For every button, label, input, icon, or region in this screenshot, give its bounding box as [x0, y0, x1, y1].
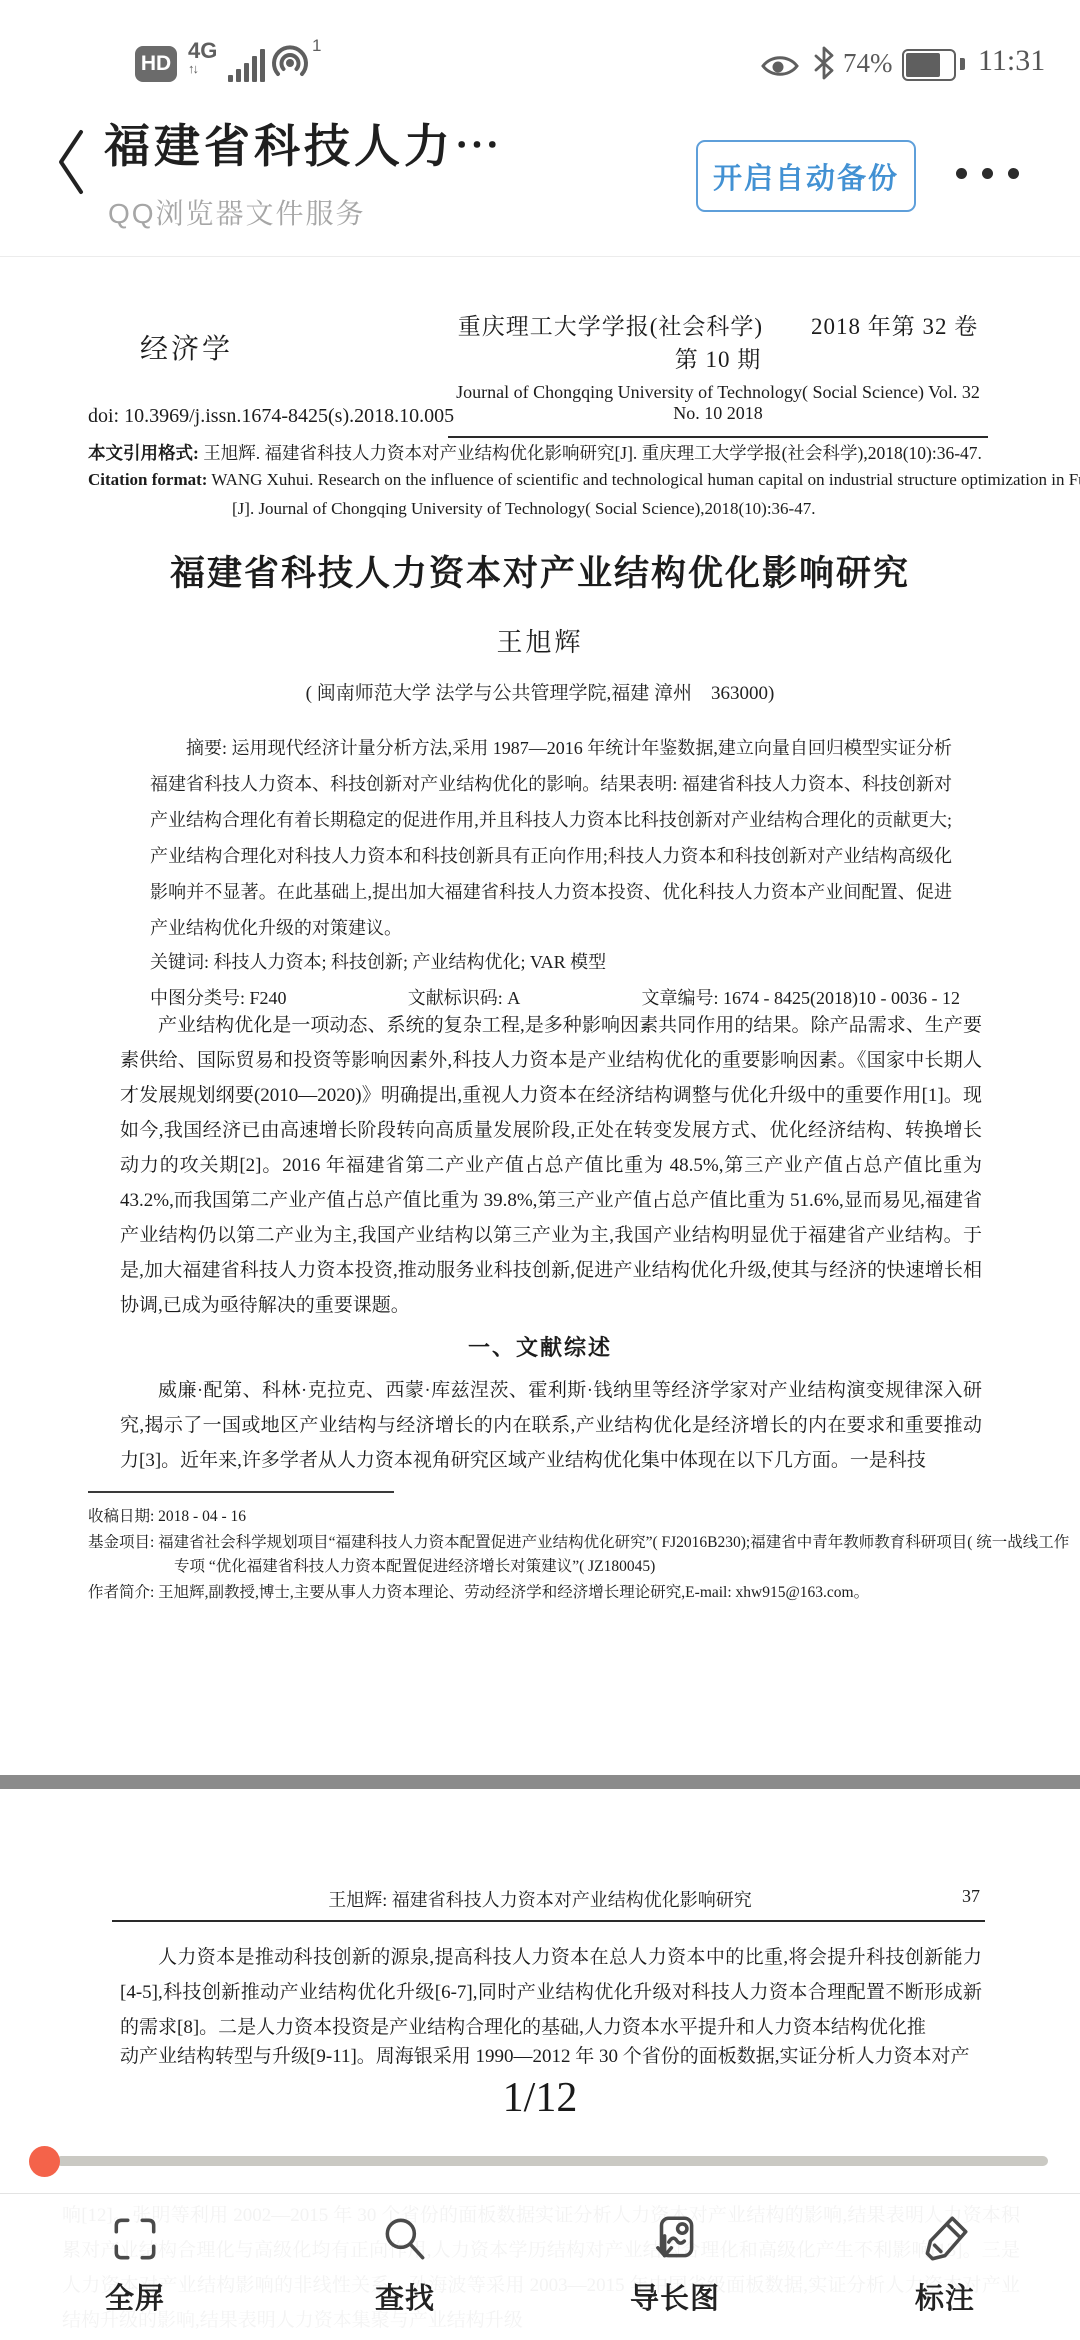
- footnote-author-bio: 作者简介: 王旭辉,副教授,博士,主要从事人力资本理论、劳动经济学和经济增长理论…: [88, 1581, 988, 1605]
- page-indicator: 1/12: [0, 2066, 1080, 2130]
- citation-en-line2: [J]. Journal of Chongqing University of …: [232, 499, 932, 519]
- citation-cn-text: 王旭辉. 福建省科技人力资本对产业结构优化影响研究[J]. 重庆理工大学学报(社…: [203, 443, 982, 463]
- running-head-rule: [112, 1920, 985, 1922]
- journal-name-cn: 重庆理工大学学报(社会科学) 2018 年第 32 卷第 10 期: [448, 308, 988, 374]
- clc-number: 中图分类号: F240: [150, 984, 287, 1010]
- hotspot-icon: [268, 42, 312, 86]
- export-long-image-label: 导长图: [630, 2276, 720, 2317]
- page2-paragraph: 人力资本是推动科技创新的源泉,提高科技人力资本在总人力资本中的比重,将会提升科技…: [120, 1940, 982, 2045]
- footnote-received-date: 收稿日期: 2018 - 04 - 16: [88, 1505, 988, 1529]
- app-header: 福建省科技人力⋯ QQ浏览器文件服务 开启自动备份: [0, 96, 1080, 257]
- article-title: 福建省科技人力资本对产业结构优化影响研究: [0, 546, 1080, 596]
- citation-en-text: WANG Xuhui. Research on the influence of…: [211, 470, 1080, 489]
- article-abstract: 摘要: 运用现代经济计量分析方法,采用 1987—2016 年统计年鉴数据,建立…: [150, 730, 952, 946]
- journal-category: 经济学: [140, 327, 233, 367]
- article-number: 文章编号: 1674 - 8425(2018)10 - 0036 - 12: [642, 984, 960, 1010]
- progress-slider-handle[interactable]: [29, 2146, 60, 2177]
- file-source-label: QQ浏览器文件服务: [108, 192, 366, 232]
- file-title: 福建省科技人力⋯: [104, 110, 504, 176]
- fullscreen-icon: [108, 2212, 162, 2266]
- footnote-rule: [88, 1491, 394, 1493]
- citation-cn-label: 本文引用格式:: [88, 443, 199, 463]
- enable-auto-backup-button[interactable]: 开启自动备份: [696, 140, 916, 212]
- status-bar: HD 4G ↑↓ 1 74%: [0, 0, 1080, 96]
- export-long-image-button[interactable]: 导长图: [540, 2194, 810, 2340]
- section-heading: 一、文献综述: [0, 1331, 1080, 1362]
- search-icon: [378, 2212, 432, 2266]
- document-code: 文献标识码: A: [408, 984, 521, 1010]
- citation-en-label: Citation format:: [88, 470, 207, 489]
- eye-comfort-icon: [760, 52, 800, 80]
- fullscreen-button[interactable]: 全屏: [0, 2194, 270, 2340]
- page-gap-divider: [0, 1775, 1080, 1789]
- find-label: 查找: [375, 2276, 435, 2317]
- doi-line: doi: 10.3969/j.issn.1674-8425(s).2018.10…: [88, 405, 454, 428]
- battery-percent: 74%: [843, 48, 893, 79]
- annotate-button[interactable]: 标注: [810, 2194, 1080, 2340]
- more-menu-button[interactable]: [956, 168, 1019, 179]
- article-keywords: 关键词: 科技人力资本; 科技创新; 产业结构优化; VAR 模型: [150, 948, 606, 974]
- bottom-toolbar: 全屏 查找 导长图: [0, 2193, 1080, 2340]
- page2-clipped-line: 动产业结构转型与升级[9-11]。周海银采用 1990—2012 年 30 个省…: [120, 2045, 982, 2066]
- journal-masthead: 重庆理工大学学报(社会科学) 2018 年第 32 卷第 10 期 Journa…: [448, 308, 988, 438]
- back-button[interactable]: [52, 124, 88, 200]
- progress-slider-track[interactable]: [56, 2156, 1048, 2166]
- body-paragraph-1: 产业结构优化是一项动态、系统的复杂工程,是多种影响因素共同作用的结果。除产品需求…: [120, 1008, 982, 1323]
- find-button[interactable]: 查找: [270, 2194, 540, 2340]
- signal-strength-icon: [228, 46, 265, 82]
- fullscreen-label: 全屏: [105, 2276, 165, 2317]
- export-long-image-icon: [648, 2212, 702, 2266]
- battery-nub: [960, 58, 965, 70]
- annotate-icon: [918, 2212, 972, 2266]
- journal-name-en: Journal of Chongqing University of Techn…: [448, 382, 988, 424]
- citation-en-line1: Citation format: WANG Xuhui. Research on…: [88, 470, 998, 490]
- annotate-label: 标注: [915, 2276, 975, 2317]
- hd-voice-icon: HD: [135, 46, 177, 82]
- article-affiliation: ( 闽南师范大学 法学与公共管理学院,福建 漳州 363000): [0, 678, 1080, 705]
- citation-cn: 本文引用格式: 王旭辉. 福建省科技人力资本对产业结构优化影响研究[J]. 重庆…: [88, 440, 988, 465]
- bluetooth-icon: [812, 46, 836, 80]
- body-paragraph-2: 威廉·配第、科林·克拉克、西蒙·库兹涅茨、霍利斯·钱纳里等经济学家对产业结构演变…: [120, 1373, 982, 1478]
- phone-screen: HD 4G ↑↓ 1 74%: [0, 0, 1080, 2340]
- hotspot-count: 1: [312, 36, 321, 56]
- running-head: 王旭辉: 福建省科技人力资本对产业结构优化影响研究: [0, 1886, 1080, 1912]
- article-author: 王旭辉: [0, 622, 1080, 659]
- page2-clipped-text: 动产业结构转型与升级[9-11]。周海银采用 1990—2012 年 30 个省…: [120, 2045, 982, 2066]
- battery-icon: [902, 49, 956, 81]
- article-classification-row: 中图分类号: F240 文献标识码: A 文章编号: 1674 - 8425(2…: [150, 984, 960, 1010]
- footnote-funding: 基金项目: 福建省社会科学规划项目“福建科技人力资本配置促进产业结构优化研究”(…: [88, 1531, 1074, 1579]
- page-number: 37: [962, 1886, 980, 1907]
- status-time: 11:31: [978, 44, 1045, 78]
